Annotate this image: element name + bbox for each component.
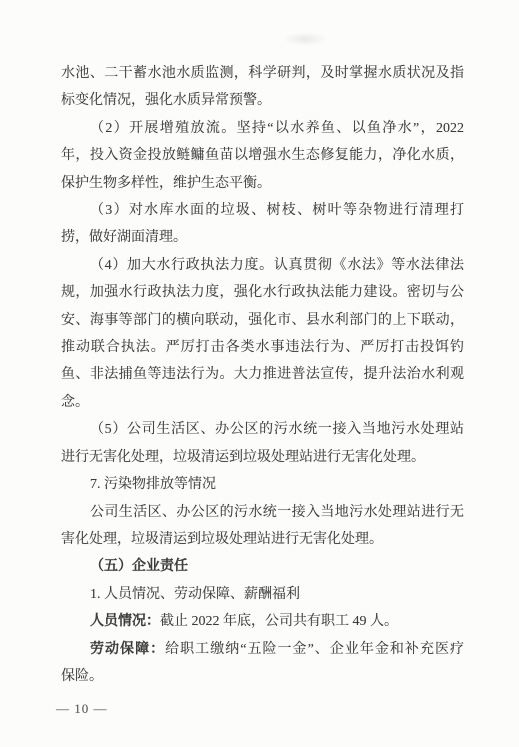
line-text: 年，投入资金投放鲢鳙鱼苗以增强水生态修复能力，净化水质，	[61, 148, 464, 163]
page-number: — 10 —	[56, 701, 108, 717]
line-text: 安、海事等部门的横向联动，强化市、县水利部门的上下联动，	[61, 313, 464, 328]
text-line: 进行无害化处理，垃圾清运到垃圾处理站进行无害化处理。	[61, 444, 464, 471]
line-text: （3）对水库水面的垃圾、树枝、树叶等杂物进行清理打	[90, 203, 464, 218]
line-text: 鱼、非法捕鱼等违法行为。大力推进普法宣传，提升法治水利观	[61, 367, 464, 382]
line-text: 保护生物多样性，维护生态平衡。	[61, 176, 271, 191]
line-text: 进行无害化处理，垃圾清运到垃圾处理站进行无害化处理。	[61, 450, 425, 465]
text-line: 7. 污染物排放等情况	[61, 471, 464, 498]
line-text: 给职工缴纳“五险一金”、企业年金和补充医疗	[165, 642, 464, 657]
text-line: （3）对水库水面的垃圾、树枝、树叶等杂物进行清理打	[61, 197, 464, 224]
line-text: 念。	[61, 395, 89, 410]
line-text: 推动联合执法。严厉打击各类水事违法行为、严厉打击投饵钓	[61, 340, 464, 355]
text-line: 年，投入资金投放鲢鳙鱼苗以增强水生态修复能力，净化水质，	[61, 142, 464, 169]
text-line: 劳动保障：给职工缴纳“五险一金”、企业年金和补充医疗	[61, 636, 464, 663]
text-line: 公司生活区、办公区的污水统一接入当地污水处理站进行无	[61, 499, 464, 526]
line-text: 捞，做好湖面清理。	[61, 230, 187, 245]
line-text: 害化处理，垃圾清运到垃圾处理站进行无害化处理。	[61, 532, 383, 547]
text-line: 推动联合执法。严厉打击各类水事违法行为、严厉打击投饵钓	[61, 334, 464, 361]
text-line: （2）开展增殖放流。坚持“以水养鱼、以鱼净水”，2022	[61, 115, 464, 142]
text-line: 保险。	[61, 663, 464, 690]
line-text: 水池、二干蓄水池水质监测，科学研判，及时掌握水质状况及指	[61, 66, 464, 81]
text-line: 人员情况：截止 2022 年底，公司共有职工 49 人。	[61, 608, 464, 635]
text-line: 1. 人员情况、劳动保障、薪酬福利	[61, 581, 464, 608]
text-line: 水池、二干蓄水池水质监测，科学研判，及时掌握水质状况及指	[61, 60, 464, 87]
text-line: 害化处理，垃圾清运到垃圾处理站进行无害化处理。	[61, 526, 464, 553]
line-text: 1. 人员情况、劳动保障、薪酬福利	[90, 587, 300, 602]
text-line: 安、海事等部门的横向联动，强化市、县水利部门的上下联动，	[61, 307, 464, 334]
text-line: 念。	[61, 389, 464, 416]
line-bold-prefix: 人员情况：	[90, 614, 160, 629]
document-page: 水池、二干蓄水池水质监测，科学研判，及时掌握水质状况及指标变化情况，强化水质异常…	[0, 0, 519, 747]
line-text: （2）开展增殖放流。坚持“以水养鱼、以鱼净水”，2022	[90, 121, 464, 136]
line-text: （五）企业责任	[90, 559, 188, 574]
document-body-text: 水池、二干蓄水池水质监测，科学研判，及时掌握水质状况及指标变化情况，强化水质异常…	[61, 60, 464, 690]
line-text: 7. 污染物排放等情况	[90, 477, 216, 492]
text-line: （五）企业责任	[61, 553, 464, 580]
text-line: （5）公司生活区、办公区的污水统一接入当地污水处理站	[61, 416, 464, 443]
line-bold-prefix: 劳动保障：	[90, 642, 165, 657]
line-text: 规，加强水行政执法力度，强化水行政执法能力建设。密切与公	[61, 285, 464, 300]
text-line: 捞，做好湖面清理。	[61, 224, 464, 251]
text-line: 保护生物多样性，维护生态平衡。	[61, 170, 464, 197]
text-line: 规，加强水行政执法力度，强化水行政执法能力建设。密切与公	[61, 279, 464, 306]
line-text: （5）公司生活区、办公区的污水统一接入当地污水处理站	[90, 422, 464, 437]
line-text: 截止 2022 年底，公司共有职工 49 人。	[160, 614, 398, 629]
line-text: 保险。	[61, 669, 103, 684]
text-line: 标变化情况，强化水质异常预警。	[61, 87, 464, 114]
text-line: （4）加大水行政执法力度。认真贯彻《水法》等水法律法	[61, 252, 464, 279]
line-text: （4）加大水行政执法力度。认真贯彻《水法》等水法律法	[90, 258, 464, 273]
line-text: 标变化情况，强化水质异常预警。	[61, 93, 271, 108]
scan-smudge-artifact	[283, 32, 327, 46]
text-line: 鱼、非法捕鱼等违法行为。大力推进普法宣传，提升法治水利观	[61, 361, 464, 388]
line-text: 公司生活区、办公区的污水统一接入当地污水处理站进行无	[90, 505, 464, 520]
